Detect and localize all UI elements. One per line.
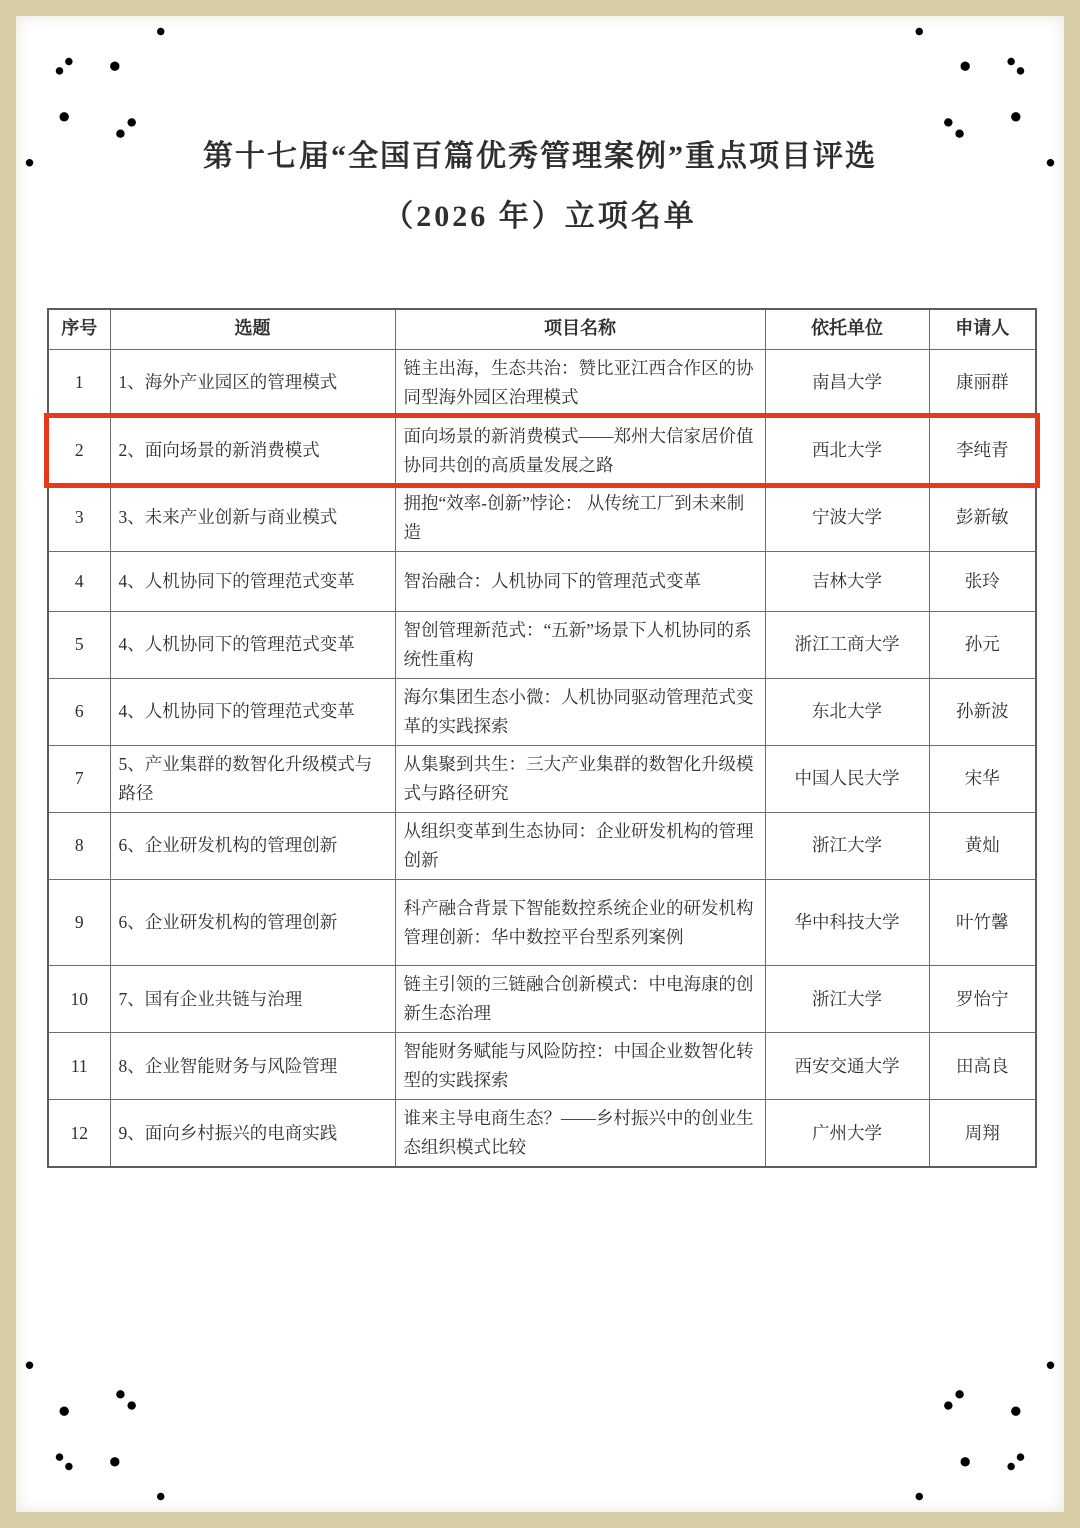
row-project: 科产融合背景下智能数控系统企业的研发机构管理创新：华中数控平台型系列案例 (395, 880, 765, 966)
row-index: 8 (48, 812, 110, 879)
row-index: 3 (48, 484, 110, 551)
row-topic: 7、国有企业共链与治理 (110, 966, 395, 1033)
row-applicant: 孙新波 (929, 678, 1036, 745)
projects-table-container: 序号 选题 项目名称 依托单位 申请人 1 1、海外产业园区的管理模式 链主出海… (47, 308, 1035, 1168)
corner-flourish-icon (22, 1354, 172, 1504)
document-title-line1: 第十七届“全国百篇优秀管理案例”重点项目评选 (0, 142, 1080, 172)
row-topic: 1、海外产业园区的管理模式 (110, 349, 395, 417)
row-index: 12 (48, 1100, 110, 1168)
row-index: 10 (48, 966, 110, 1033)
row-unit: 中国人民大学 (765, 745, 929, 812)
column-header-index: 序号 (48, 309, 110, 349)
row-unit: 西北大学 (765, 417, 929, 484)
row-project: 链主引领的三链融合创新模式：中电海康的创新生态治理 (395, 966, 765, 1033)
row-applicant: 李纯青 (929, 417, 1036, 484)
table-row: 4 4、人机协同下的管理范式变革 智治融合：人机协同下的管理范式变革 吉林大学 … (48, 551, 1036, 611)
highlighted-table-row: 2 2、面向场景的新消费模式 面向场景的新消费模式——郑州大信家居价值协同共创的… (48, 417, 1036, 484)
row-applicant: 孙元 (929, 611, 1036, 678)
column-header-project: 项目名称 (395, 309, 765, 349)
row-topic: 2、面向场景的新消费模式 (110, 417, 395, 484)
row-topic: 4、人机协同下的管理范式变革 (110, 551, 395, 611)
row-topic: 3、未来产业创新与商业模式 (110, 484, 395, 551)
row-applicant: 罗怡宁 (929, 966, 1036, 1033)
row-index: 6 (48, 678, 110, 745)
column-header-unit: 依托单位 (765, 309, 929, 349)
table-header-row: 序号 选题 项目名称 依托单位 申请人 (48, 309, 1036, 349)
row-index: 4 (48, 551, 110, 611)
row-unit: 西安交通大学 (765, 1033, 929, 1100)
row-project: 海尔集团生态小微：人机协同驱动管理范式变革的实践探索 (395, 678, 765, 745)
row-unit: 浙江大学 (765, 812, 929, 879)
row-index: 5 (48, 611, 110, 678)
column-header-topic: 选题 (110, 309, 395, 349)
row-applicant: 张玲 (929, 551, 1036, 611)
row-unit: 吉林大学 (765, 551, 929, 611)
row-applicant: 田高良 (929, 1033, 1036, 1100)
corner-flourish-icon (908, 1354, 1058, 1504)
row-topic: 6、企业研发机构的管理创新 (110, 812, 395, 879)
table-row: 10 7、国有企业共链与治理 链主引领的三链融合创新模式：中电海康的创新生态治理… (48, 966, 1036, 1033)
row-project: 智能财务赋能与风险防控：中国企业数智化转型的实践探索 (395, 1033, 765, 1100)
row-unit: 东北大学 (765, 678, 929, 745)
document-page: { "title": { "line1": "第十七届“全国百篇优秀管理案例”重… (0, 0, 1080, 1528)
row-applicant: 叶竹馨 (929, 880, 1036, 966)
row-project: 面向场景的新消费模式——郑州大信家居价值协同共创的高质量发展之路 (395, 417, 765, 484)
row-topic: 5、产业集群的数智化升级模式与路径 (110, 745, 395, 812)
row-applicant: 康丽群 (929, 349, 1036, 417)
row-applicant: 彭新敏 (929, 484, 1036, 551)
row-project: 智创管理新范式：“五新”场景下人机协同的系统性重构 (395, 611, 765, 678)
row-applicant: 宋华 (929, 745, 1036, 812)
row-applicant: 黄灿 (929, 812, 1036, 879)
row-topic: 4、人机协同下的管理范式变革 (110, 611, 395, 678)
row-project: 从集聚到共生：三大产业集群的数智化升级模式与路径研究 (395, 745, 765, 812)
row-project: 谁来主导电商生态？——乡村振兴中的创业生态组织模式比较 (395, 1100, 765, 1168)
row-project: 智治融合：人机协同下的管理范式变革 (395, 551, 765, 611)
row-applicant: 周翔 (929, 1100, 1036, 1168)
row-index: 1 (48, 349, 110, 417)
table-row: 6 4、人机协同下的管理范式变革 海尔集团生态小微：人机协同驱动管理范式变革的实… (48, 678, 1036, 745)
row-project: 拥抱“效率-创新”悖论： 从传统工厂到未来制造 (395, 484, 765, 551)
row-project: 从组织变革到生态协同：企业研发机构的管理创新 (395, 812, 765, 879)
table-row: 3 3、未来产业创新与商业模式 拥抱“效率-创新”悖论： 从传统工厂到未来制造 … (48, 484, 1036, 551)
table-row: 7 5、产业集群的数智化升级模式与路径 从集聚到共生：三大产业集群的数智化升级模… (48, 745, 1036, 812)
row-index: 9 (48, 880, 110, 966)
table-row: 1 1、海外产业园区的管理模式 链主出海，生态共治：赞比亚江西合作区的协同型海外… (48, 349, 1036, 417)
table-row: 5 4、人机协同下的管理范式变革 智创管理新范式：“五新”场景下人机协同的系统性… (48, 611, 1036, 678)
row-unit: 浙江大学 (765, 966, 929, 1033)
projects-table: 序号 选题 项目名称 依托单位 申请人 1 1、海外产业园区的管理模式 链主出海… (47, 308, 1037, 1168)
row-topic: 6、企业研发机构的管理创新 (110, 880, 395, 966)
row-project: 链主出海，生态共治：赞比亚江西合作区的协同型海外园区治理模式 (395, 349, 765, 417)
document-title-line2: （2026 年）立项名单 (0, 202, 1080, 232)
row-unit: 南昌大学 (765, 349, 929, 417)
row-unit: 宁波大学 (765, 484, 929, 551)
row-unit: 广州大学 (765, 1100, 929, 1168)
row-index: 11 (48, 1033, 110, 1100)
row-unit: 华中科技大学 (765, 880, 929, 966)
table-row: 11 8、企业智能财务与风险管理 智能财务赋能与风险防控：中国企业数智化转型的实… (48, 1033, 1036, 1100)
column-header-applicant: 申请人 (929, 309, 1036, 349)
row-index: 2 (48, 417, 110, 484)
document-title: 第十七届“全国百篇优秀管理案例”重点项目评选 （2026 年）立项名单 (0, 142, 1080, 232)
row-index: 7 (48, 745, 110, 812)
table-row: 12 9、面向乡村振兴的电商实践 谁来主导电商生态？——乡村振兴中的创业生态组织… (48, 1100, 1036, 1168)
row-unit: 浙江工商大学 (765, 611, 929, 678)
row-topic: 9、面向乡村振兴的电商实践 (110, 1100, 395, 1168)
table-row: 9 6、企业研发机构的管理创新 科产融合背景下智能数控系统企业的研发机构管理创新… (48, 880, 1036, 966)
row-topic: 4、人机协同下的管理范式变革 (110, 678, 395, 745)
row-topic: 8、企业智能财务与风险管理 (110, 1033, 395, 1100)
table-row: 8 6、企业研发机构的管理创新 从组织变革到生态协同：企业研发机构的管理创新 浙… (48, 812, 1036, 879)
